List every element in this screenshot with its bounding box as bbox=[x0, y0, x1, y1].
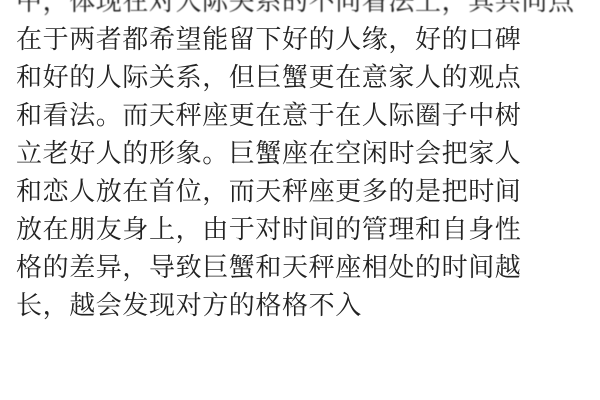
text-line: 在于两者都希望能留下好的人缘，好的口碑 bbox=[16, 21, 596, 59]
text-line: 和看法。而天秤座更在意于在人际圈子中树 bbox=[16, 97, 596, 135]
text-line-clipped-top: 中，体现在对人际关系的不同看法上，其共同点 bbox=[16, 0, 596, 21]
text-line-clipped-bottom: 长，越会发现对方的格格不入 bbox=[16, 287, 596, 325]
text-line: 和恋人放在首位，而天秤座更多的是把时间 bbox=[16, 173, 596, 211]
text-line: 放在朋友身上，由于对时间的管理和自身性 bbox=[16, 211, 596, 249]
text-line: 格的差异，导致巨蟹和天秤座相处的时间越 bbox=[16, 249, 596, 287]
text-line: 和好的人际关系，但巨蟹更在意家人的观点 bbox=[16, 59, 596, 97]
article-text: 中，体现在对人际关系的不同看法上，其共同点 在于两者都希望能留下好的人缘，好的口… bbox=[16, 0, 596, 325]
text-line: 立老好人的形象。巨蟹座在空闲时会把家人 bbox=[16, 135, 596, 173]
